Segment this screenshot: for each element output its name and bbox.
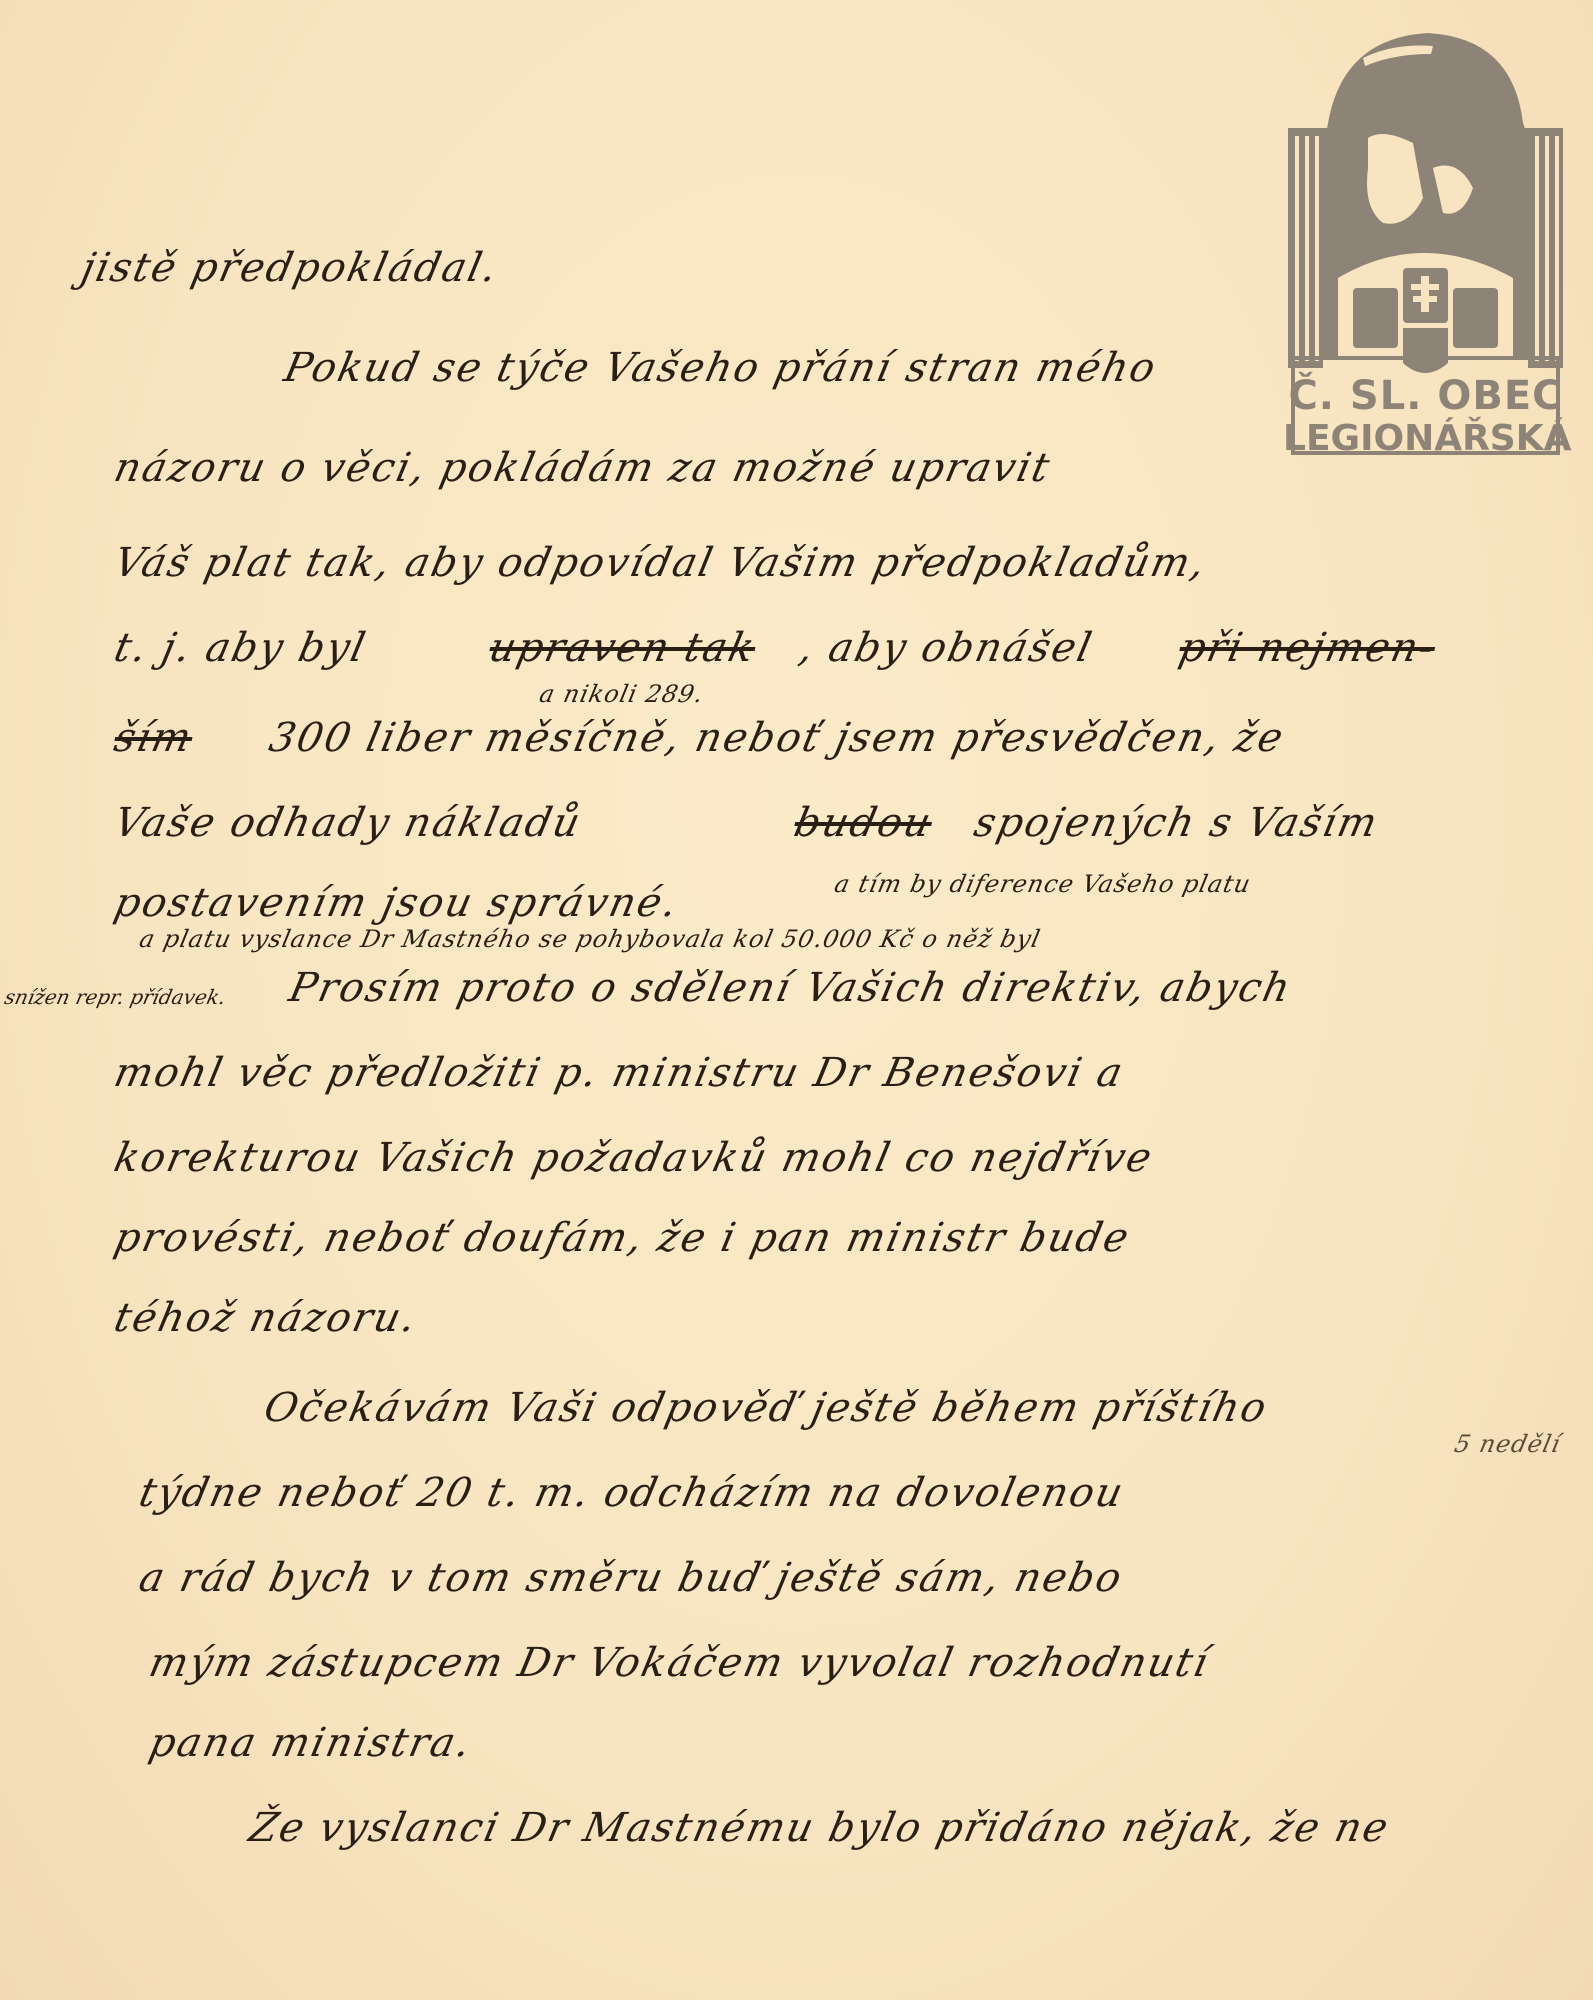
letter-line-18: mým zástupcem Dr Vokáčem vyvolal rozhodn… — [145, 1640, 1214, 1686]
letter-line-5b: , aby obnášel — [795, 625, 1097, 671]
letter-line-13: provésti, neboť doufám, že i pan ministr… — [110, 1215, 1134, 1261]
letter-line-17: a rád bych v tom směru buď ještě sám, ne… — [135, 1555, 1127, 1601]
letter-line-4: Váš plat tak, aby odpovídal Vašim předpo… — [110, 540, 1211, 586]
letter-line-8a: postavením jsou správné. — [110, 880, 683, 926]
letter-line-7a: Vaše odhady nákladů — [110, 800, 586, 846]
letter-page: Č. SL. OBEC LEGIONÁŘSKÁ jistě předpoklád… — [0, 0, 1593, 2000]
struck-text-2: při nejmen- — [1175, 625, 1440, 671]
letter-line-16: týdne neboť 20 t. m. odcházím na dovolen… — [135, 1470, 1129, 1516]
legion-logo: Č. SL. OBEC LEGIONÁŘSKÁ — [1283, 28, 1568, 458]
letter-line-19: pana ministra. — [145, 1720, 476, 1766]
logo-title-line2: LEGIONÁŘSKÁ — [1283, 418, 1568, 459]
insertion-line-9: a platu vyslance Dr Mastného se pohybova… — [137, 925, 1043, 953]
letter-line-7b: spojených s Vaším — [970, 800, 1383, 846]
insertion-above-300: a nikoli 289. — [537, 680, 706, 708]
letter-line-1: jistě předpokládal. — [77, 245, 502, 291]
letter-line-20: Že vyslanci Dr Mastnému bylo přidáno něj… — [245, 1805, 1394, 1851]
insertion-line-8b: a tím by diference Vašeho platu — [832, 870, 1254, 898]
letter-line-15: Očekávám Vaši odpověď ještě během příští… — [260, 1385, 1272, 1431]
superscript-note: 5 nedělí — [1452, 1430, 1563, 1458]
margin-note: snížen repr. přídavek. — [2, 985, 228, 1009]
letter-line-14: téhož názoru. — [110, 1295, 422, 1341]
letter-line-12: korekturou Vašich požadavků mohl co nejd… — [110, 1135, 1157, 1181]
struck-text-1: upraven tak — [485, 625, 760, 671]
letter-line-2: Pokud se týče Vašeho přání stran mého — [280, 345, 1161, 391]
letter-line-10: Prosím proto o sdělení Vašich direktiv, … — [285, 965, 1296, 1011]
letter-line-3: názoru o věci, pokládám za možné upravit — [110, 445, 1055, 491]
letter-line-11: mohl věc předložiti p. ministru Dr Beneš… — [110, 1050, 1128, 1096]
letter-line-5a: t. j. aby byl — [110, 625, 371, 671]
letter-line-6: 300 liber měsíčně, neboť jsem přesvědčen… — [265, 715, 1289, 761]
struck-text-4: budou — [790, 800, 937, 846]
logo-title-line1: Č. SL. OBEC — [1283, 373, 1568, 419]
struck-text-3: ším — [110, 715, 197, 761]
